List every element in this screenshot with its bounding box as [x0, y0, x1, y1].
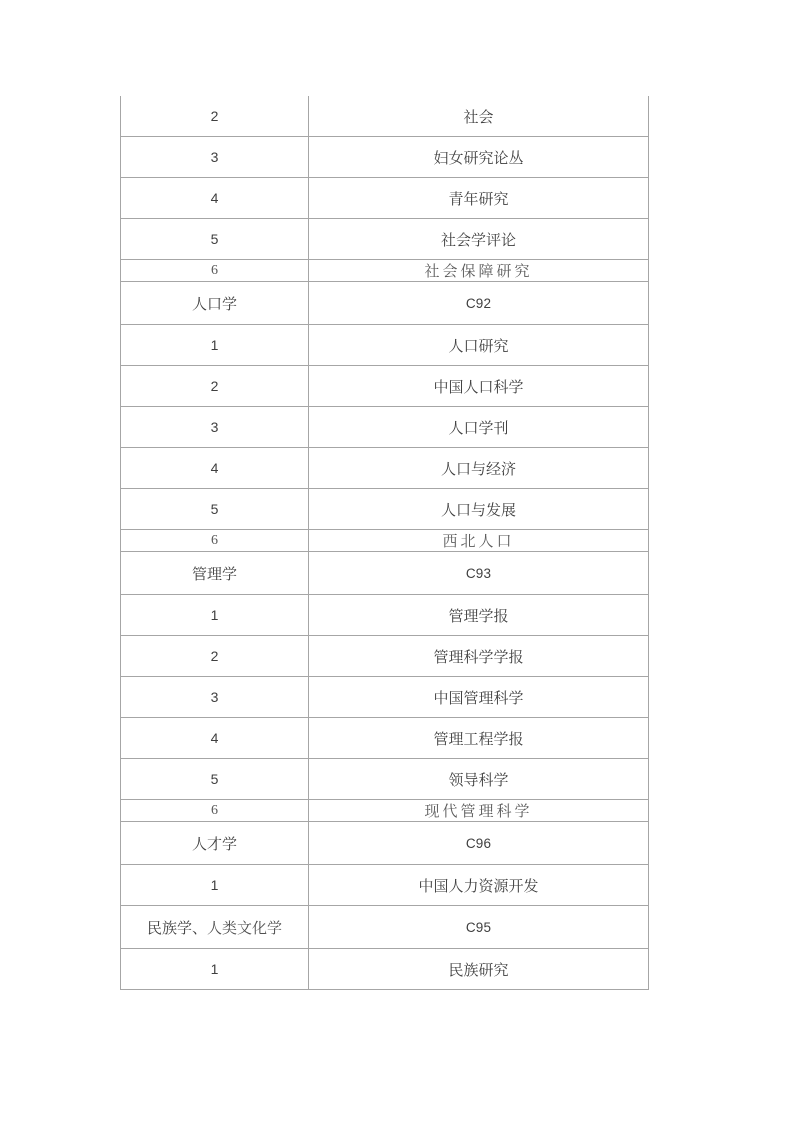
table-row: 人才学C96 — [121, 822, 649, 865]
rank-number-cell: 1 — [121, 325, 309, 366]
category-name-cell: 人口学 — [121, 282, 309, 325]
table-row: 3中国管理科学 — [121, 677, 649, 718]
rank-number-cell: 2 — [121, 636, 309, 677]
table-row: 4管理工程学报 — [121, 718, 649, 759]
journal-ranking-table-grid: 2社会3妇女研究论丛4青年研究5社会学评论6社会保障研究人口学C921人口研究2… — [120, 96, 649, 990]
category-name-cell: 管理学 — [121, 552, 309, 595]
table-row: 1民族研究 — [121, 949, 649, 990]
table-row: 2中国人口科学 — [121, 366, 649, 407]
rank-number-cell: 3 — [121, 677, 309, 718]
rank-number-cell: 6 — [121, 530, 309, 552]
category-name-cell: 人才学 — [121, 822, 309, 865]
journal-name-cell: 人口与发展 — [309, 489, 649, 530]
table-row: 1中国人力资源开发 — [121, 865, 649, 906]
class-code-cell: C95 — [309, 906, 649, 949]
table-row: 6西北人口 — [121, 530, 649, 552]
journal-name-cell: 妇女研究论丛 — [309, 137, 649, 178]
table-row: 2管理科学学报 — [121, 636, 649, 677]
table-row: 3人口学刊 — [121, 407, 649, 448]
table-row: 5社会学评论 — [121, 219, 649, 260]
journal-ranking-table-body: 2社会3妇女研究论丛4青年研究5社会学评论6社会保障研究人口学C921人口研究2… — [121, 96, 649, 990]
journal-name-cell: 领导科学 — [309, 759, 649, 800]
journal-name-cell: 中国管理科学 — [309, 677, 649, 718]
table-row: 1人口研究 — [121, 325, 649, 366]
table-row: 民族学、人类文化学C95 — [121, 906, 649, 949]
rank-number-cell: 4 — [121, 178, 309, 219]
journal-name-cell: 社会保障研究 — [309, 260, 649, 282]
journal-ranking-table: 2社会3妇女研究论丛4青年研究5社会学评论6社会保障研究人口学C921人口研究2… — [120, 96, 649, 990]
table-row: 3妇女研究论丛 — [121, 137, 649, 178]
journal-name-cell: 青年研究 — [309, 178, 649, 219]
rank-number-cell: 6 — [121, 260, 309, 282]
category-name-cell: 民族学、人类文化学 — [121, 906, 309, 949]
table-row: 6现代管理科学 — [121, 800, 649, 822]
journal-name-cell: 现代管理科学 — [309, 800, 649, 822]
table-row: 5人口与发展 — [121, 489, 649, 530]
journal-name-cell: 中国人口科学 — [309, 366, 649, 407]
journal-name-cell: 管理科学学报 — [309, 636, 649, 677]
rank-number-cell: 1 — [121, 865, 309, 906]
journal-name-cell: 管理工程学报 — [309, 718, 649, 759]
journal-name-cell: 人口学刊 — [309, 407, 649, 448]
rank-number-cell: 3 — [121, 137, 309, 178]
category-name-part: 民族学、 — [147, 920, 207, 937]
table-row: 2社会 — [121, 96, 649, 137]
journal-name-cell: 社会 — [309, 96, 649, 137]
class-code-cell: C96 — [309, 822, 649, 865]
journal-name-cell: 民族研究 — [309, 949, 649, 990]
class-code-cell: C93 — [309, 552, 649, 595]
journal-name-cell: 社会学评论 — [309, 219, 649, 260]
rank-number-cell: 4 — [121, 718, 309, 759]
rank-number-cell: 3 — [121, 407, 309, 448]
journal-name-cell: 中国人力资源开发 — [309, 865, 649, 906]
journal-name-cell: 西北人口 — [309, 530, 649, 552]
rank-number-cell: 4 — [121, 448, 309, 489]
table-row: 1管理学报 — [121, 595, 649, 636]
class-code-cell: C92 — [309, 282, 649, 325]
category-name-part: 人类文化学 — [207, 921, 282, 937]
rank-number-cell: 6 — [121, 800, 309, 822]
journal-name-cell: 人口研究 — [309, 325, 649, 366]
rank-number-cell: 5 — [121, 489, 309, 530]
rank-number-cell: 1 — [121, 595, 309, 636]
rank-number-cell: 5 — [121, 219, 309, 260]
table-row: 人口学C92 — [121, 282, 649, 325]
table-row: 管理学C93 — [121, 552, 649, 595]
journal-name-cell: 管理学报 — [309, 595, 649, 636]
table-row: 5领导科学 — [121, 759, 649, 800]
table-row: 4青年研究 — [121, 178, 649, 219]
rank-number-cell: 2 — [121, 366, 309, 407]
journal-name-cell: 人口与经济 — [309, 448, 649, 489]
rank-number-cell: 2 — [121, 96, 309, 137]
table-row: 6社会保障研究 — [121, 260, 649, 282]
table-row: 4人口与经济 — [121, 448, 649, 489]
rank-number-cell: 5 — [121, 759, 309, 800]
rank-number-cell: 1 — [121, 949, 309, 990]
